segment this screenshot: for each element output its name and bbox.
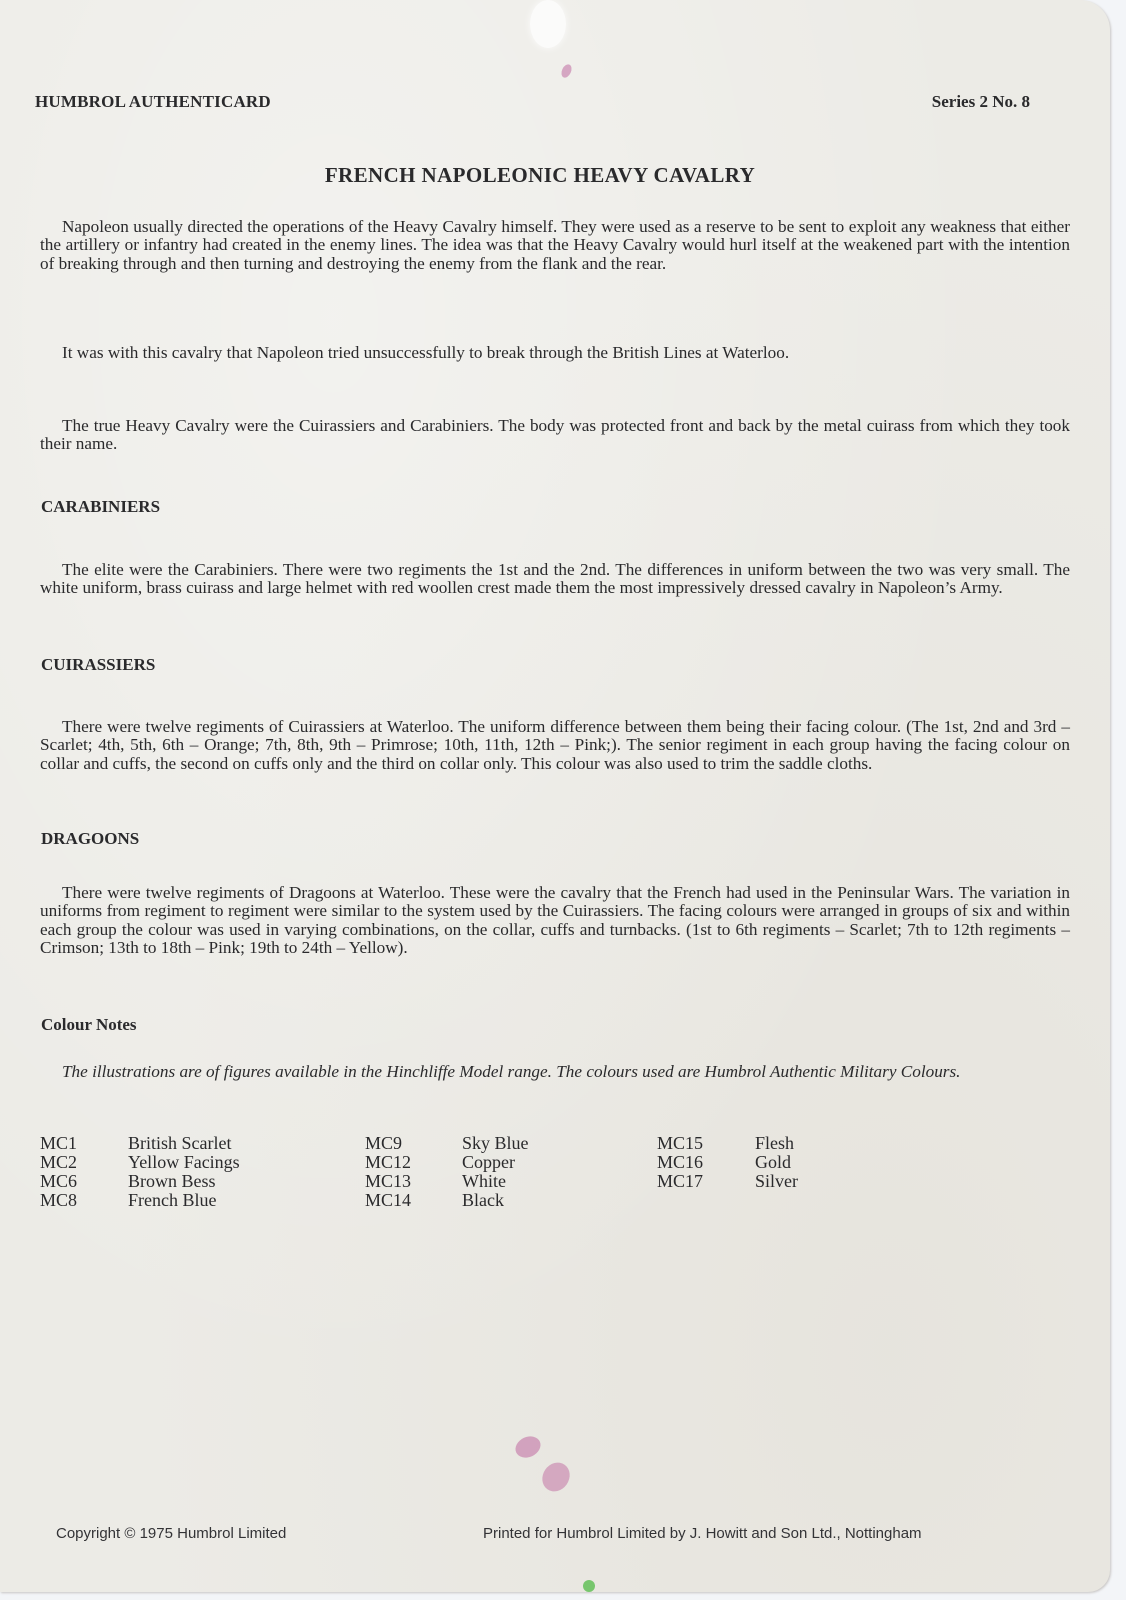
pink-stain-top [559,63,573,79]
authenticard: HUMBROL AUTHENTICARD Series 2 No. 8 FREN… [0,0,1110,1592]
section-heading-dragoons: DRAGOONS [41,829,139,849]
colour-name: White [462,1172,506,1191]
colour-notes-text: The illustrations are of figures availab… [40,1063,1070,1081]
intro-paragraph-1: Napoleon usually directed the operations… [40,218,1070,273]
colour-name: Silver [755,1172,798,1191]
pink-stain-bottom-1 [512,1432,544,1461]
copyright-notice: Copyright © 1975 Humbrol Limited [56,1525,286,1542]
colour-name: Brown Bess [128,1172,216,1191]
colour-code: MC15 [657,1134,703,1153]
colour-code: MC1 [40,1134,77,1153]
intro-paragraph-2: It was with this cavalry that Napoleon t… [40,344,1070,362]
colour-code: MC12 [365,1153,411,1172]
brand-label: HUMBROL AUTHENTICARD [35,92,271,112]
colour-name: Copper [462,1153,515,1172]
colour-code: MC14 [365,1191,411,1210]
intro-paragraph-3: The true Heavy Cavalry were the Cuirassi… [40,417,1070,454]
colour-code: MC8 [40,1191,77,1210]
colour-name: Flesh [755,1134,794,1153]
section-heading-cuirassiers: CUIRASSIERS [41,655,155,675]
pink-stain-bottom-2 [537,1457,576,1496]
colour-name: Gold [755,1153,791,1172]
colour-code: MC13 [365,1172,411,1191]
section-body-dragoons: There were twelve regiments of Dragoons … [40,884,1070,958]
colour-notes-heading: Colour Notes [41,1015,137,1035]
colour-name: British Scarlet [128,1134,231,1153]
worn-spot-top [530,0,566,48]
section-body-carabiniers: The elite were the Carabiniers. There we… [40,561,1070,598]
series-number: Series 2 No. 8 [932,92,1030,112]
colour-code: MC9 [365,1134,402,1153]
colour-name: Sky Blue [462,1134,529,1153]
green-speck [583,1580,595,1592]
colour-name: French Blue [128,1191,216,1210]
colour-code: MC6 [40,1172,77,1191]
colour-code: MC17 [657,1172,703,1191]
section-body-cuirassiers: There were twelve regiments of Cuirassie… [40,718,1070,773]
printer-credit: Printed for Humbrol Limited by J. Howitt… [483,1525,922,1542]
colour-code: MC16 [657,1153,703,1172]
colour-code: MC2 [40,1153,77,1172]
section-heading-carabiniers: CARABINIERS [41,497,160,517]
colour-name: Black [462,1191,504,1210]
page-title: FRENCH NAPOLEONIC HEAVY CAVALRY [0,163,1080,188]
colour-name: Yellow Facings [128,1153,240,1172]
